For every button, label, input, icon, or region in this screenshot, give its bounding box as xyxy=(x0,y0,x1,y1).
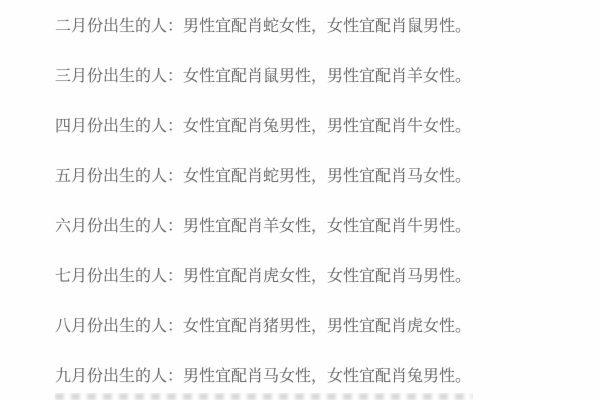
compatibility-line-june: 六月份出生的人：男性宜配肖羊女性，女性宜配肖牛男性。 xyxy=(55,216,471,236)
compatibility-line-may: 五月份出生的人：女性宜配肖蛇男性，男性宜配肖马女性。 xyxy=(55,166,471,186)
compatibility-line-september: 九月份出生的人：男性宜配肖马女性，女性宜配肖兔男性。 xyxy=(55,366,471,386)
clipped-next-line xyxy=(55,393,473,400)
document-page: 二月份出生的人：男性宜配肖蛇女性，女性宜配肖鼠男性。 三月份出生的人：女性宜配肖… xyxy=(0,0,600,400)
compatibility-line-february: 二月份出生的人：男性宜配肖蛇女性，女性宜配肖鼠男性。 xyxy=(55,16,471,36)
compatibility-line-august: 八月份出生的人：女性宜配肖猪男性，男性宜配肖虎女性。 xyxy=(55,316,471,336)
compatibility-line-july: 七月份出生的人：男性宜配肖虎女性，女性宜配肖马男性。 xyxy=(55,266,471,286)
clipped-text-ghost xyxy=(55,393,473,400)
compatibility-line-march: 三月份出生的人：女性宜配肖鼠男性，男性宜配肖羊女性。 xyxy=(55,66,471,86)
compatibility-line-april: 四月份出生的人：女性宜配肖兔男性，男性宜配肖牛女性。 xyxy=(55,116,471,136)
